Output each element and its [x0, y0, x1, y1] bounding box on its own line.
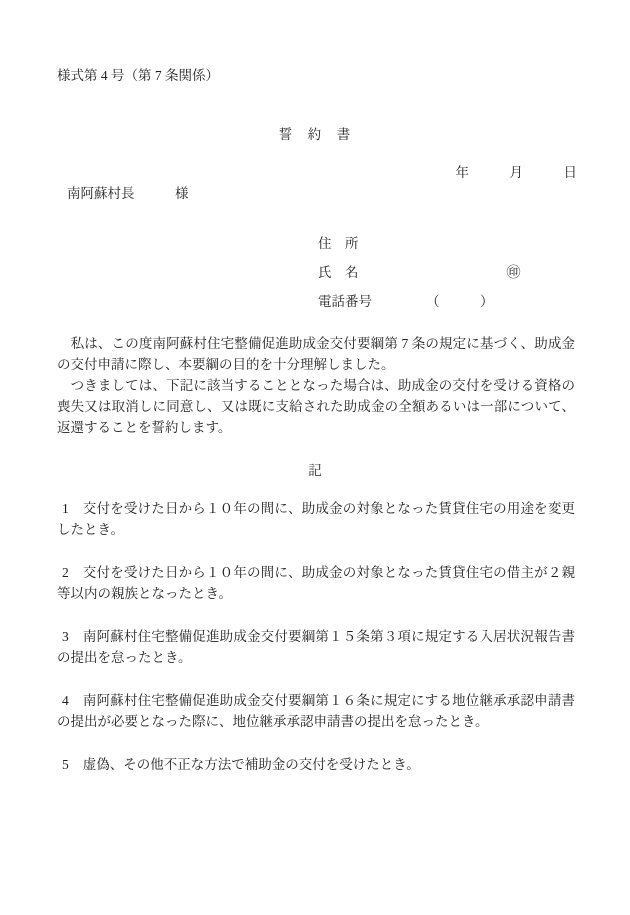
condition-item-4: 4南阿蘇村住宅整備促進助成金交付要綱第１６条に規定にする地位継承承認申請書の提出…	[57, 690, 575, 732]
condition-item-text: 虚偽、その他不正な方法で補助金の交付を受けたとき。	[83, 757, 420, 772]
condition-item-text: 南阿蘇村住宅整備促進助成金交付要綱第１５条第３項に規定する入居状況報告書の提出を…	[57, 629, 575, 665]
condition-item-5: 5虚偽、その他不正な方法で補助金の交付を受けたとき。	[57, 754, 575, 775]
condition-item-number: 1	[57, 501, 83, 516]
condition-item-text: 交付を受けた日から１０年の間に、助成金の対象となった賃貸住宅の用途を変更したとき…	[57, 501, 575, 537]
phone-field-row: 電話番号 （ ）	[318, 290, 578, 310]
document-title: 誓 約 書	[0, 127, 630, 143]
addressee-line: 南阿蘇村長 様	[67, 186, 189, 202]
seal-icon: ㊞	[507, 262, 521, 282]
address-field-row: 住 所	[318, 232, 578, 252]
condition-item-number: 2	[57, 565, 83, 580]
condition-item-number: 4	[57, 693, 83, 708]
phone-field-label: 電話番号	[318, 290, 372, 310]
name-field-label: 氏 名	[318, 261, 359, 281]
condition-item-2: 2交付を受けた日から１０年の間に、助成金の対象となった賃貸住宅の借主が２親等以内…	[57, 562, 575, 604]
pledge-body: 私は、この度南阿蘇村住宅整備促進助成金交付要綱第 7 条の規定に基づく、助成金の…	[57, 333, 575, 438]
pledge-form-page: 様式第 4 号（第 7 条関係） 誓 約 書 年 月 日 南阿蘇村長 様 住 所…	[0, 0, 630, 915]
pledge-paragraph-1: 私は、この度南阿蘇村住宅整備促進助成金交付要綱第 7 条の規定に基づく、助成金の…	[57, 333, 575, 375]
pledge-paragraph-2: つきましては、下記に該当することとなった場合は、助成金の交付を受ける資格の喪失又…	[57, 375, 575, 438]
record-heading: 記	[0, 463, 630, 479]
date-line: 年 月 日	[456, 165, 578, 181]
address-field-label: 住 所	[318, 232, 359, 252]
condition-list: 1交付を受けた日から１０年の間に、助成金の対象となった賃貸住宅の用途を変更したと…	[57, 498, 575, 797]
condition-item-number: 5	[57, 757, 83, 772]
form-number: 様式第 4 号（第 7 条関係）	[57, 68, 219, 84]
condition-item-text: 交付を受けた日から１０年の間に、助成金の対象となった賃貸住宅の借主が２親等以内の…	[57, 565, 575, 601]
name-field-row: 氏 名 ㊞	[318, 261, 578, 281]
phone-blank-parentheses: （ ）	[426, 290, 494, 310]
signer-fields: 住 所 氏 名 ㊞ 電話番号 （ ）	[318, 232, 578, 319]
condition-item-number: 3	[57, 629, 83, 644]
condition-item-text: 南阿蘇村住宅整備促進助成金交付要綱第１６条に規定にする地位継承承認申請書の提出が…	[57, 693, 575, 729]
condition-item-3: 3南阿蘇村住宅整備促進助成金交付要綱第１５条第３項に規定する入居状況報告書の提出…	[57, 626, 575, 668]
condition-item-1: 1交付を受けた日から１０年の間に、助成金の対象となった賃貸住宅の用途を変更したと…	[57, 498, 575, 540]
